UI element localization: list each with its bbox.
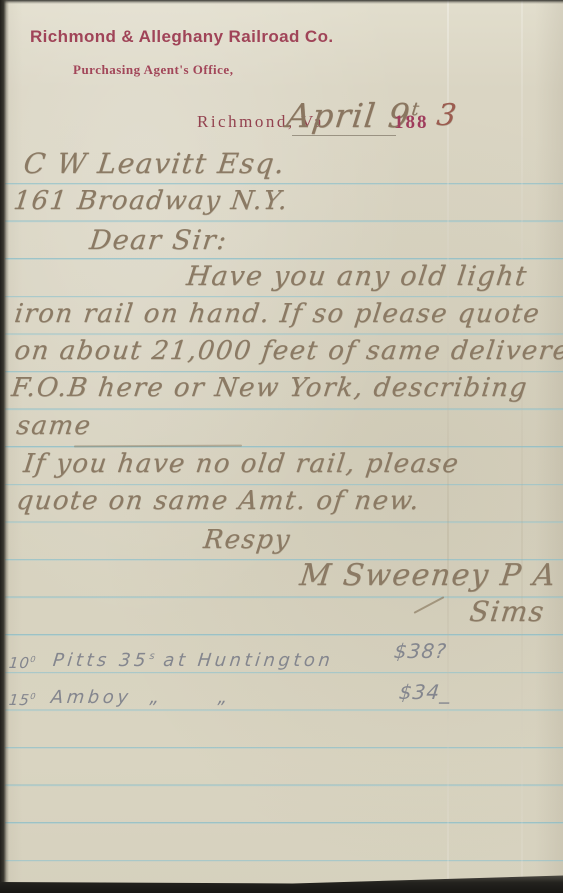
dateline-year-printed: 188 <box>394 112 429 134</box>
recipient-name: C W Leavitt Esq. <box>22 150 287 178</box>
pencil-note-text: Amboy „ „ <box>50 689 232 707</box>
item-text: Pitts 35 <box>52 650 150 671</box>
signature: M Sweeney P A <box>298 561 558 591</box>
letter-page: Richmond & Alleghany Railroad Co. Purcha… <box>0 0 563 893</box>
pencil-note-text: Pitts 35s at Huntington <box>52 652 334 670</box>
item-rest: „ „ <box>130 687 232 708</box>
scan-edge-bottom <box>0 874 563 893</box>
body-line: Have you any old light <box>185 263 529 290</box>
salutation: Dear Sir: <box>88 227 229 254</box>
signature-secondary: Sims <box>468 598 547 626</box>
recipient-address: 161 Broadway N.Y. <box>12 188 290 214</box>
pencil-note-price: $34_ <box>398 682 452 702</box>
item-rest: at Huntington <box>153 650 334 671</box>
qty-text: 10 <box>8 654 31 672</box>
pencil-note-qty: 100 <box>8 655 36 671</box>
scan-edge-top <box>0 0 563 4</box>
letterhead-company: Richmond & Alleghany Railroad Co. <box>30 27 334 47</box>
scan-edge-left <box>0 0 9 893</box>
dateline-blank-rule <box>292 135 396 136</box>
pencil-note-price: $38? <box>393 641 448 661</box>
closing-respectfully: Respy <box>202 527 292 553</box>
body-line: iron rail on hand. If so please quote <box>13 301 542 327</box>
body-line: quote on same Amt. of new. <box>15 488 422 514</box>
qty-superscript: 0 <box>30 654 36 664</box>
body-line: F.O.B here or New York, describing <box>10 375 529 401</box>
item-text: Amboy <box>50 687 133 708</box>
paper-crease <box>521 0 523 893</box>
letterhead-office: Purchasing Agent's Office, <box>73 62 233 78</box>
body-line: on about 21,000 feet of same delivered <box>13 338 563 364</box>
pencil-note-qty: 150 <box>8 692 36 708</box>
body-line: same <box>15 413 93 439</box>
dateline-year-handwritten: 3 <box>435 101 459 131</box>
paper-crease <box>447 0 449 893</box>
body-line: If you have no old rail, please <box>22 451 461 477</box>
qty-superscript: 0 <box>30 691 36 701</box>
qty-text: 15 <box>8 691 31 709</box>
